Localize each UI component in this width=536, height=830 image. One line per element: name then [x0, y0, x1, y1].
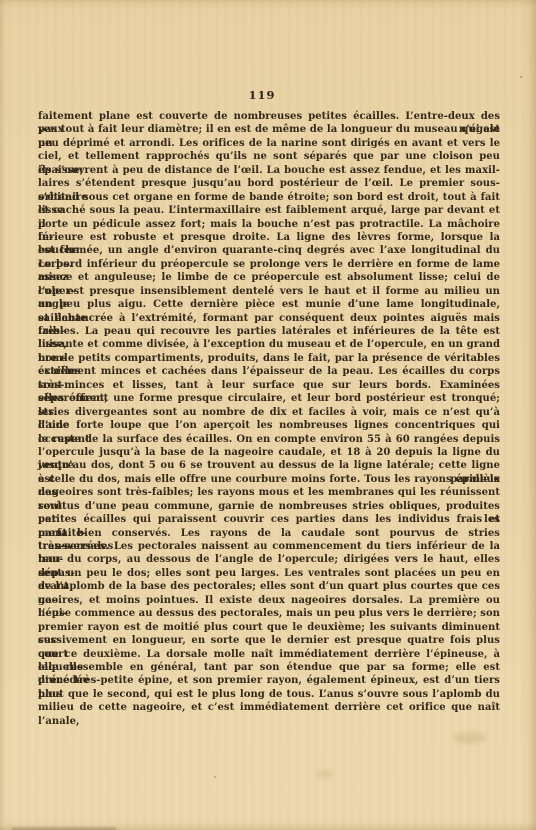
paper-speck	[214, 776, 216, 778]
text-line: nageoires sont très-faibles; les rayons …	[38, 486, 500, 499]
text-line: cule est presque insensiblement dentelé …	[38, 285, 500, 298]
text-line: que ce deuxième. La dorsale molle naît i…	[38, 648, 500, 661]
text-line: et échancrée à l’extrémité, formant par …	[38, 312, 500, 325]
text-line: est fermée, un angle d’environ quarante-…	[38, 244, 500, 257]
text-line: premier rayon est de moitié plus court q…	[38, 621, 500, 634]
text-line: extrément minces et cachées dans l’épais…	[38, 365, 500, 378]
text-line: milieu de cette nageoire, et c’est imméd…	[38, 701, 500, 714]
text-line: un peu plus aigu. Cette dernière pièce e…	[38, 298, 500, 311]
text-line: très-minces et lisses, tant à leur surfa…	[38, 379, 500, 392]
scan-edge-shadow	[12, 826, 116, 830]
text-line: le reste de la surface des écailles. On …	[38, 433, 500, 446]
text-line: laires s’étendent presque jusqu’au bord …	[38, 177, 500, 190]
text-line: très-serrées. Les pectorales naissent au…	[38, 540, 500, 553]
text-line: bre de petits compartiments, produits, d…	[38, 352, 500, 365]
text-line: Le bord inférieur du préopercule se prol…	[38, 258, 500, 271]
text-line: elle ressemble en général, tant par son …	[38, 661, 500, 674]
text-line: s’étend sous cet organe en forme de band…	[38, 191, 500, 204]
text-line: l’opercule jusqu’à la base de la nageoir…	[38, 446, 500, 459]
text-line: ment bien conservés. Les rayons de la ca…	[38, 527, 500, 540]
text-line: peu déprimé et arrondi. Les orifices de …	[38, 137, 500, 150]
text-line: neuse commence au dessus des pectorales,…	[38, 607, 500, 620]
text-line: elles offrent une forme presque circulai…	[38, 392, 500, 405]
text-line: ils s’ouvrent à peu de distance de l’œil…	[38, 164, 500, 177]
text-line: sent un peu le dos; elles sont peu large…	[38, 567, 500, 580]
body-text: faitement plane est couverte de nombreus…	[38, 110, 500, 715]
text-line: à celle du dos, mais elle offre une cour…	[38, 473, 500, 486]
paper-stain	[452, 732, 486, 744]
text-line: geoires, et moins pointues. Il existe de…	[38, 594, 500, 607]
text-line: d’une très-petite épine, et son premier …	[38, 674, 500, 687]
text-line: revêtus d’une peau commune, garnie de no…	[38, 500, 500, 513]
text-line: cessivement en longueur, en sorte que le…	[38, 634, 500, 647]
text-line: ciel, et tellement rapprochés qu’ils ne …	[38, 150, 500, 163]
text-line: porte un pédicule assez fort; mais la bo…	[38, 218, 500, 231]
text-line: haut que le second, qui est le plus long…	[38, 688, 500, 701]
page-number: 119	[0, 88, 524, 102]
text-line: stries divergeantes sont au nombre de di…	[38, 406, 500, 419]
text-line: faibles. La peau qui recouvre les partie…	[38, 325, 500, 338]
scanned-book-page: 119 faitement plane est couverte de nomb…	[0, 0, 536, 830]
text-line: et caché sous la peau. L’intermaxillaire…	[38, 204, 500, 217]
text-line: luisante et comme divisée, à l’exception…	[38, 338, 500, 351]
paper-speck	[520, 76, 522, 78]
text-line: teur du corps, au dessous de l’angle de …	[38, 553, 500, 566]
paper-stain	[316, 770, 334, 778]
text-line: petites écailles qui paraissent couvrir …	[38, 513, 500, 526]
text-line: faitement plane est couverte de nombreus…	[38, 110, 500, 123]
text-line: pas tout à fait leur diamètre; il en est…	[38, 123, 500, 136]
text-line: de l’aplomb de la base des pectorales; e…	[38, 580, 500, 593]
text-line: d’une forte loupe que l’on aperçoit les …	[38, 419, 500, 432]
text-line: férieure est robuste et presque droite. …	[38, 231, 500, 244]
text-line: jusqu’au dos, dont 5 ou 6 se trouvent au…	[38, 459, 500, 472]
text-line: mince et anguleuse; le limbe de ce préop…	[38, 271, 500, 284]
